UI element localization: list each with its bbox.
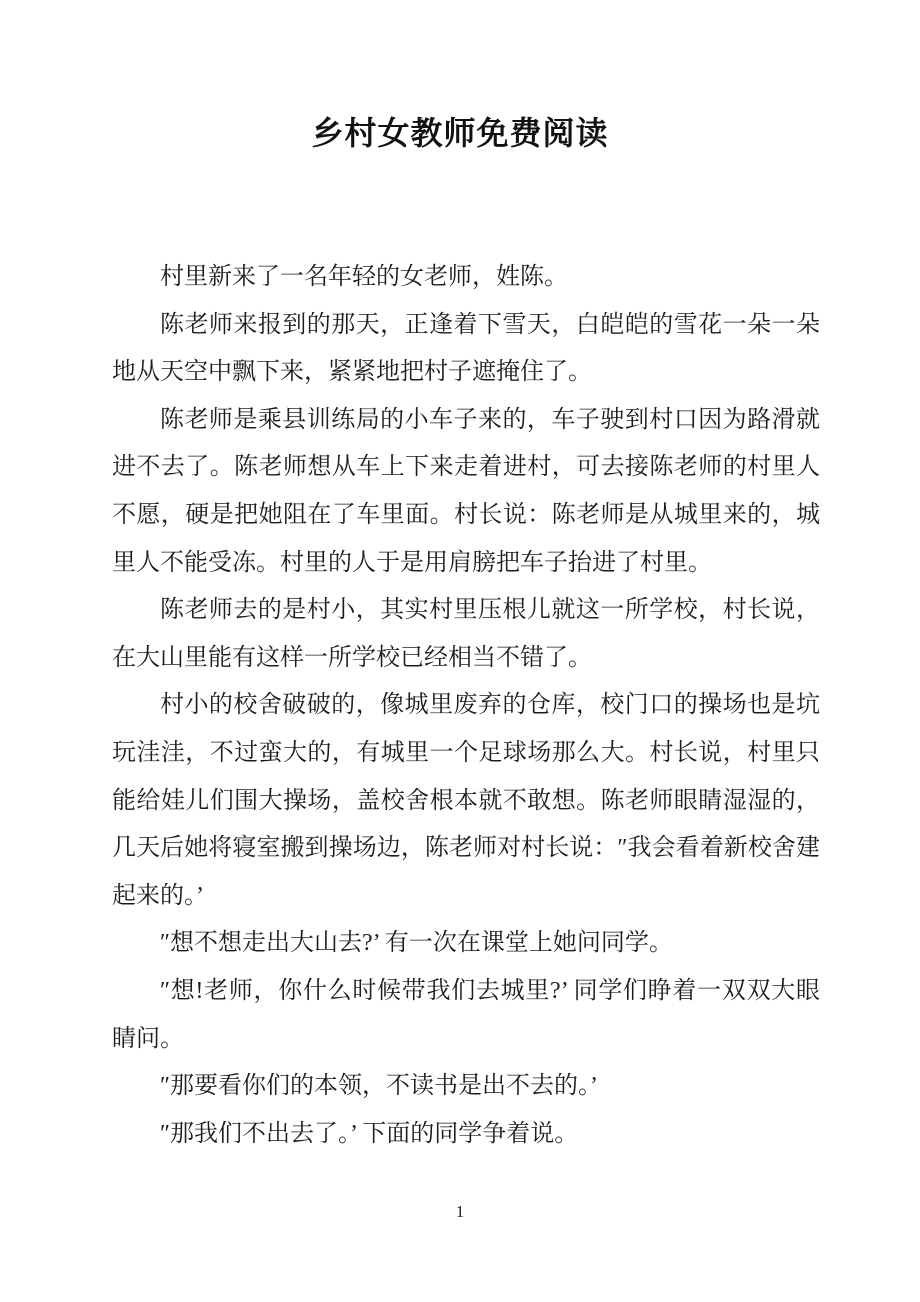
- paragraph-5: 村小的校舍破破的，像城里废弃的仓库，校门口的操场也是坑玩洼洼，不过蛮大的，有城里…: [112, 682, 820, 920]
- document-page: 乡村女教师免费阅读 村里新来了一名年轻的女老师，姓陈。 陈老师来报到的那天，正逢…: [0, 0, 920, 1302]
- paragraph-1: 村里新来了一名年轻的女老师，姓陈。: [112, 254, 820, 302]
- paragraph-2: 陈老师来报到的那天，正逢着下雪天，白皑皑的雪花一朵一朵地从天空中飘下来，紧紧地把…: [112, 302, 820, 397]
- paragraph-6: ″想不想走出大山去?’ 有一次在课堂上她问同学。: [112, 920, 820, 968]
- paragraph-3: 陈老师是乘县训练局的小车子来的，车子驶到村口因为路滑就进不去了。陈老师想从车上下…: [112, 397, 820, 587]
- paragraph-7: ″想!老师，你什么时候带我们去城里?’ 同学们睁着一双双大眼睛问。: [112, 968, 820, 1063]
- document-body: 村里新来了一名年轻的女老师，姓陈。 陈老师来报到的那天，正逢着下雪天，白皑皑的雪…: [112, 254, 820, 1158]
- paragraph-9: ″那我们不出去了。’ 下面的同学争着说。: [112, 1111, 820, 1159]
- paragraph-8: ″那要看你们的本领，不读书是出不去的。’: [112, 1063, 820, 1111]
- page-title: 乡村女教师免费阅读: [0, 108, 920, 158]
- page-number: 1: [0, 1202, 920, 1222]
- paragraph-4: 陈老师去的是村小，其实村里压根儿就这一所学校，村长说，在大山里能有这样一所学校已…: [112, 587, 820, 682]
